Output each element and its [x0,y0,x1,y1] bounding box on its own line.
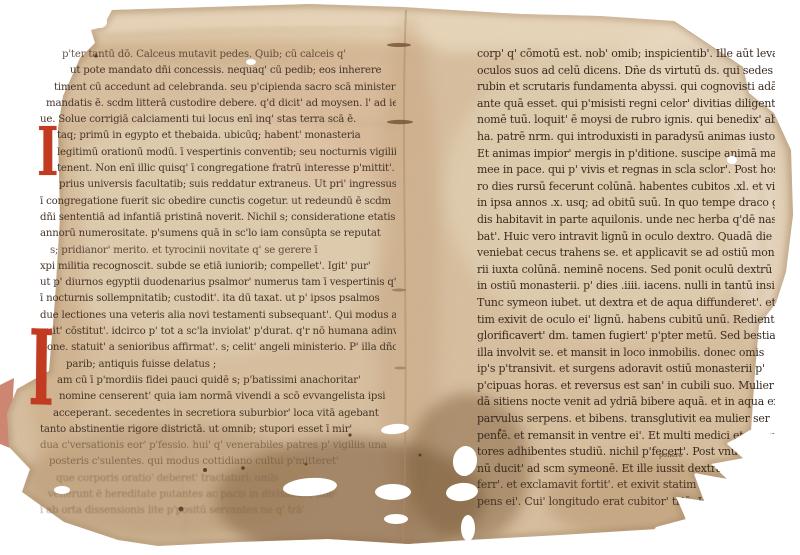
manuscript-line: dis habitavit in parte aquilonis. unde n… [477,212,775,229]
manuscript-line: legitimū orationū modū. ī vespertinis co… [40,145,396,161]
manuscript-line: ī ab orta dissensionis lite p'positū ser… [40,503,396,519]
manuscript-line: due lectiones una veteris alia novi test… [40,308,396,324]
manuscript-line: posteris c'sulentes. qui modus cottidian… [40,454,396,470]
manuscript-line: rii iuxta colūnā. neminē nocens. Sed pon… [477,262,775,279]
manuscript-line: oculos suos ad celū dicens. Dñe ds virtu… [477,63,775,80]
manuscript-line: annorū numerositate. p'sumens quā in sc'… [40,226,396,242]
manuscript-line: timent cū accedunt ad celebranda. seu p'… [40,80,396,96]
manuscript-line: dā sitiens nocte venit ad ydriā bibere a… [477,394,775,411]
manuscript-line: pentē. et remansit in ventre ei'. Et mul… [477,428,775,445]
manuscript-line: bat'. Huic vero intravit lignū in oculo … [477,229,775,246]
manuscript-line: p'ter tantū dō. Calceus mutavit pedes. Q… [40,47,396,63]
manuscript-line: ante quā esset. qui p'misisti regni celo… [477,96,775,113]
interlinear-note: ponere [659,451,682,459]
manuscript-line: tione. statuit' a senioribus affirmat'. … [40,340,396,356]
manuscript-line: taq; primū in egypto et thebaida. ubicūq… [40,128,396,144]
manuscript-line: ip's p'transivit. et surgens adoravit os… [477,361,775,378]
manuscript-line: illa involvit se. et mansit in loco inmo… [477,345,775,362]
manuscript-line: ue. Solue corrigiā calciamenti tui locus… [40,112,396,128]
manuscript-line: dñi sententiā ad infantiā pristinā nover… [40,210,396,226]
manuscript-line: nū ducit' ad scm symeonē. Et ille iussit… [477,461,775,478]
manuscript-line: corp' q' cōmotū est. nob' omib; inspicie… [477,46,775,63]
manuscript-line: Et animas impior' mergis in p'ditione. s… [477,146,775,163]
manuscript-line: tanto abstinentie rigore districtā. ut o… [40,422,396,438]
manuscript-line: dua c'versationis eor' p'fessio. hui' q'… [40,438,396,454]
manuscript-line: glorificavert' dm. tamen fugiert' p'pter… [477,328,775,345]
illuminated-initial: I [37,118,59,185]
manuscript-line: ferr'. et exclamavit fortit'. et exivit … [477,477,775,494]
manuscript-line: ut p' diurnos egyptii duodenarius psalmo… [40,275,396,291]
manuscript-line: Tunc symeon iubet. ut dextra et de aqua … [477,295,775,312]
manuscript-line: parvulus serpens. et bibens. transglutiv… [477,411,775,428]
manuscript-line: in ostiū monasterii. p' dies .iiii. iace… [477,278,775,295]
manuscript-line: s; pridianor' merito. et tyrocinii novit… [40,243,396,259]
manuscript-line: tores adhibentes studiū. nichil p'fecert… [477,444,775,461]
illuminated-initial: I [28,316,54,421]
manuscript-line: p'cipuas horas. et reversus est san' in … [477,378,775,395]
manuscript-line: xpi militia recognoscit. subde se etiā i… [40,259,396,275]
left-text-column: p'ter tantū dō. Calceus mutavit pedes. Q… [40,47,396,525]
manuscript-line: parib; antiquis fuisse delatus ; [40,357,396,373]
manuscript-line: mee in pace. qui p' vivis et regnas in s… [477,162,775,179]
manuscript-photo: p'ter tantū dō. Calceus mutavit pedes. Q… [0,0,800,555]
manuscript-line: que corporis oratio' deberet' tractaturi… [40,471,396,487]
manuscript-line: venerunt ē hereditate putantes ac pacis … [40,487,396,503]
manuscript-line: veniebat cecus trahens se. et applicavit… [477,245,775,262]
manuscript-line: nomē tuū. loquit' ē moysi de rubro ignis… [477,112,775,129]
manuscript-line: tim exivit de oculo ei' lignū. habens cu… [477,312,775,329]
right-text-column: corp' q' cōmotū est. nob' omib; inspicie… [477,46,775,516]
manuscript-line: in ipsa annos .x. usq; ad obitū suū. In … [477,195,775,212]
manuscript-line: ro dies rursū fecerunt colūnā. habentes … [477,179,775,196]
manuscript-line: am cū ī p'mordiis fidei pauci quidē s; p… [40,373,396,389]
manuscript-line: mandatis ē. scdm litterā custodire deber… [40,96,396,112]
manuscript-line: ī congregatione fuerit sic obedire cunct… [40,194,396,210]
manuscript-line: tenent. Non enī illic quisq' ī congregat… [40,161,396,177]
manuscript-line: ī nocturnis sollempnitatib; custodit'. i… [40,291,396,307]
manuscript-line: ut pote mandato dñi concessis. nequaq' c… [40,63,396,79]
manuscript-line: quit' cōstitut'. idcirco p' tot a sc'la … [40,324,396,340]
manuscript-line: acceperant. secedentes in secretiora sub… [40,406,396,422]
manuscript-line: ha. patrē nrm. qui introduxisti in parad… [477,129,775,146]
manuscript-line: prius universis facultatib; suis reddatu… [40,177,396,193]
manuscript-line: nomine censerent' quia iam normā vivendi… [40,389,396,405]
manuscript-line: pens ei'. Cui' longitudo erat cubitor' t… [477,494,775,511]
manuscript-line: rubin et scrutaris fundamenta abyssi. qu… [477,79,775,96]
